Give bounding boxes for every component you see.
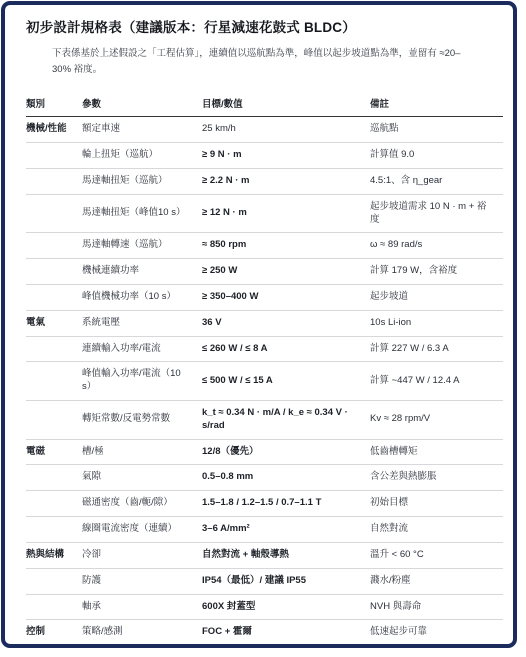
category-cell [26, 143, 82, 169]
table-row: 轉矩常數/反電勢常數 k_t ≈ 0.34 N · m/A / k_e ≈ 0.… [26, 401, 503, 440]
header-parameter: 參數 [82, 91, 202, 117]
category-cell [26, 594, 82, 620]
header-category: 類別 [26, 91, 82, 117]
value-cell: ≥ 350–400 W [202, 284, 370, 310]
note-cell: 巡航點 [370, 117, 503, 143]
parameter-cell: 馬達軸扭矩（巡航） [82, 168, 202, 194]
table-row: 電磁 槽/極 12/8（優先） 低齒槽轉矩 [26, 439, 503, 465]
header-target-value: 目標/數值 [202, 91, 370, 117]
note-cell: 低齒槽轉矩 [370, 439, 503, 465]
table-row: 電氣 系統電壓 36 V 10s Li-ion [26, 310, 503, 336]
note-cell: 起步坡道需求 10 N · m + 裕度 [370, 194, 503, 233]
value-cell: ≥ 9 N · m [202, 143, 370, 169]
note-cell: 計算值 9.0 [370, 143, 503, 169]
category-cell: 電氣 [26, 310, 82, 336]
note-cell: NVH 與壽命 [370, 594, 503, 620]
note-cell: 濺水/粉塵 [370, 568, 503, 594]
value-cell: k_t ≈ 0.34 N · m/A / k_e ≈ 0.34 V · s/ra… [202, 401, 370, 440]
note-cell: 計算 179 W，含裕度 [370, 259, 503, 285]
parameter-cell: 峰值機械功率（10 s） [82, 284, 202, 310]
category-cell [26, 491, 82, 517]
category-cell [26, 362, 82, 401]
category-cell [26, 194, 82, 233]
note-cell: 低速起步可靠 [370, 620, 503, 646]
parameter-cell: 馬達軸扭矩（峰值10 s） [82, 194, 202, 233]
note-cell: 4.5:1、含 η_gear [370, 168, 503, 194]
document-content: 初步設計規格表（建議版本：行星減速花鼓式 BLDC） 下表係基於上述假設之「工程… [5, 5, 513, 646]
parameter-cell: 槽/極 [82, 439, 202, 465]
value-cell: FOC + 霍爾 [202, 620, 370, 646]
parameter-cell: 機械連續功率 [82, 259, 202, 285]
value-cell: ≥ 12 N · m [202, 194, 370, 233]
value-cell: ≤ 500 W / ≤ 15 A [202, 362, 370, 401]
category-cell [26, 168, 82, 194]
note-cell: 初始目標 [370, 491, 503, 517]
value-cell: ≈ 850 rpm [202, 233, 370, 259]
table-row: 機械/性能 額定車速 25 km/h 巡航點 [26, 117, 503, 143]
spec-table-header: 類別 參數 目標/數值 備註 [26, 91, 503, 117]
value-cell: 0.5–0.8 mm [202, 465, 370, 491]
parameter-cell: 氣隙 [82, 465, 202, 491]
parameter-cell: 輪上扭矩（巡航） [82, 143, 202, 169]
value-cell: IP54（最低）/ 建議 IP55 [202, 568, 370, 594]
category-cell [26, 284, 82, 310]
category-cell [26, 517, 82, 543]
table-row: 氣隙 0.5–0.8 mm 含公差與熱膨脹 [26, 465, 503, 491]
document-page: 初步設計規格表（建議版本：行星減速花鼓式 BLDC） 下表係基於上述假設之「工程… [1, 1, 517, 648]
table-row: 馬達軸扭矩（巡航） ≥ 2.2 N · m 4.5:1、含 η_gear [26, 168, 503, 194]
note-cell: 計算 227 W / 6.3 A [370, 336, 503, 362]
parameter-cell: 額定車速 [82, 117, 202, 143]
parameter-cell: 防護 [82, 568, 202, 594]
value-cell: ≥ 2.2 N · m [202, 168, 370, 194]
parameter-cell: 軸承 [82, 594, 202, 620]
parameter-cell: 峰值輸入功率/電流（10 s） [82, 362, 202, 401]
table-row: 熱與結構 冷卻 自然對流 + 軸殼導熱 溫升 < 60 °C [26, 542, 503, 568]
value-cell: 3–6 A/mm² [202, 517, 370, 543]
spec-table-body: 機械/性能 額定車速 25 km/h 巡航點 輪上扭矩（巡航） ≥ 9 N · … [26, 117, 503, 646]
category-cell [26, 259, 82, 285]
value-cell: 自然對流 + 軸殼導熱 [202, 542, 370, 568]
parameter-cell: 磁通密度（齒/軛/隙） [82, 491, 202, 517]
page-title: 初步設計規格表（建議版本：行星減速花鼓式 BLDC） [26, 16, 495, 36]
table-row: 馬達軸轉速（巡航） ≈ 850 rpm ω ≈ 89 rad/s [26, 233, 503, 259]
note-cell: 含公差與熱膨脹 [370, 465, 503, 491]
parameter-cell: 馬達軸轉速（巡航） [82, 233, 202, 259]
page-subtitle: 下表係基於上述假設之「工程估算」，連續值以巡航點為準，峰值以起步坡道點為準，並留… [52, 46, 476, 78]
category-cell: 電磁 [26, 439, 82, 465]
parameter-cell: 轉矩常數/反電勢常數 [82, 401, 202, 440]
value-cell: 25 km/h [202, 117, 370, 143]
table-row: 控制 策略/感測 FOC + 霍爾 低速起步可靠 [26, 620, 503, 646]
table-row: 峰值機械功率（10 s） ≥ 350–400 W 起步坡道 [26, 284, 503, 310]
table-row: 防護 IP54（最低）/ 建議 IP55 濺水/粉塵 [26, 568, 503, 594]
value-cell: 1.5–1.8 / 1.2–1.5 / 0.7–1.1 T [202, 491, 370, 517]
table-row: 連續輸入功率/電流 ≤ 260 W / ≤ 8 A 計算 227 W / 6.3… [26, 336, 503, 362]
value-cell: ≤ 260 W / ≤ 8 A [202, 336, 370, 362]
value-cell: ≥ 250 W [202, 259, 370, 285]
category-cell [26, 465, 82, 491]
table-row: 輪上扭矩（巡航） ≥ 9 N · m 計算值 9.0 [26, 143, 503, 169]
note-cell: 溫升 < 60 °C [370, 542, 503, 568]
table-row: 馬達軸扭矩（峰值10 s） ≥ 12 N · m 起步坡道需求 10 N · m… [26, 194, 503, 233]
table-row: 軸承 600X 封蓋型 NVH 與壽命 [26, 594, 503, 620]
parameter-cell: 連續輸入功率/電流 [82, 336, 202, 362]
value-cell: 600X 封蓋型 [202, 594, 370, 620]
note-cell: ω ≈ 89 rad/s [370, 233, 503, 259]
value-cell: 12/8（優先） [202, 439, 370, 465]
table-row: 磁通密度（齒/軛/隙） 1.5–1.8 / 1.2–1.5 / 0.7–1.1 … [26, 491, 503, 517]
header-note: 備註 [370, 91, 503, 117]
table-row: 線圈電流密度（連續） 3–6 A/mm² 自然對流 [26, 517, 503, 543]
value-cell: 36 V [202, 310, 370, 336]
category-cell [26, 336, 82, 362]
table-row: 峰值輸入功率/電流（10 s） ≤ 500 W / ≤ 15 A 計算 ~447… [26, 362, 503, 401]
note-cell: 計算 ~447 W / 12.4 A [370, 362, 503, 401]
note-cell: 起步坡道 [370, 284, 503, 310]
parameter-cell: 系統電壓 [82, 310, 202, 336]
category-cell [26, 401, 82, 440]
parameter-cell: 策略/感測 [82, 620, 202, 646]
table-row: 機械連續功率 ≥ 250 W 計算 179 W，含裕度 [26, 259, 503, 285]
category-cell [26, 233, 82, 259]
category-cell [26, 568, 82, 594]
note-cell: 10s Li-ion [370, 310, 503, 336]
parameter-cell: 線圈電流密度（連續） [82, 517, 202, 543]
spec-table: 類別 參數 目標/數值 備註 機械/性能 額定車速 25 km/h 巡航點 輪上… [26, 91, 503, 646]
note-cell: 自然對流 [370, 517, 503, 543]
header-row: 類別 參數 目標/數值 備註 [26, 91, 503, 117]
category-cell: 熱與結構 [26, 542, 82, 568]
category-cell: 控制 [26, 620, 82, 646]
parameter-cell: 冷卻 [82, 542, 202, 568]
note-cell: Kv ≈ 28 rpm/V [370, 401, 503, 440]
category-cell: 機械/性能 [26, 117, 82, 143]
